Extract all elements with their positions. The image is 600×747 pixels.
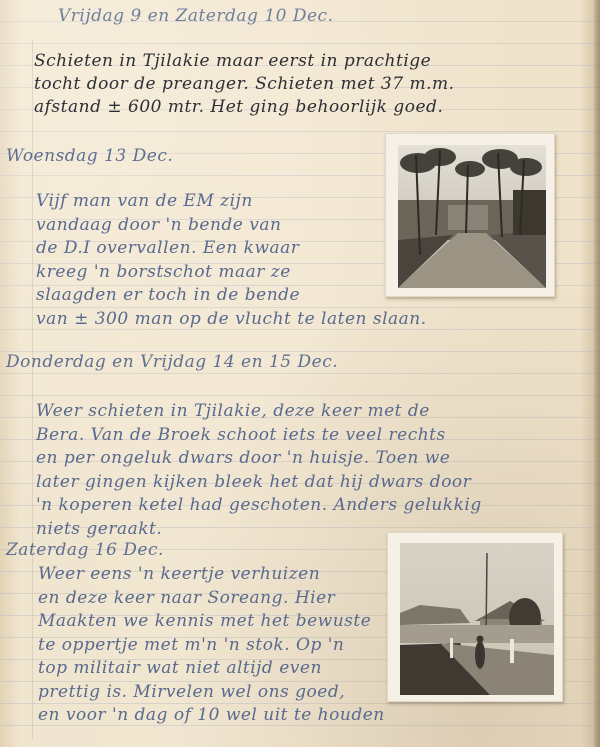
entry-line: Maakten we kennis met het bewuste [38, 610, 385, 634]
entry-line: en voor 'n dag of 10 wel uit te houden [38, 704, 385, 728]
photo-village-street [387, 532, 563, 702]
photo-palm-road [385, 133, 555, 297]
page-edge-shadow [594, 0, 600, 747]
village-street-photo-icon [400, 543, 554, 695]
entry-heading-2: Woensdag 13 Dec. [6, 146, 173, 166]
entry-line: afstand ± 600 mtr. Het ging behoorlijk g… [34, 96, 455, 119]
palm-road-photo-icon [398, 145, 546, 288]
entry-line: 'n koperen ketel had geschoten. Anders g… [36, 494, 482, 518]
entry-body-4: Weer eens 'n keertje verhuizen en deze k… [38, 563, 385, 728]
entry-line: Weer eens 'n keertje verhuizen [38, 563, 385, 587]
entry-line: Weer schieten in Tjilakie, deze keer met… [36, 400, 482, 424]
entry-line: en per ongeluk dwars door 'n huisje. Toe… [36, 447, 482, 471]
entry-body-3: Weer schieten in Tjilakie, deze keer met… [36, 400, 482, 541]
entry-line: Vijf man van de EM zijn [36, 190, 427, 214]
entry-line: prettig is. Mirvelen wel ons goed, [38, 681, 385, 705]
entry-line: top militair wat niet altijd even [38, 657, 385, 681]
entry-line: kreeg 'n borstschot maar ze [36, 261, 427, 285]
entry-line: Schieten in Tjilakie maar eerst in prach… [34, 50, 455, 73]
entry-heading-3: Donderdag en Vrijdag 14 en 15 Dec. [6, 352, 338, 372]
entry-heading-1: Vrijdag 9 en Zaterdag 10 Dec. [58, 6, 333, 26]
entry-line: van ± 300 man op de vlucht te laten slaa… [36, 308, 427, 332]
diary-page: Vrijdag 9 en Zaterdag 10 Dec. Schieten i… [0, 0, 600, 747]
entry-line: later gingen kijken bleek het dat hij dw… [36, 471, 482, 495]
entry-line: de D.I overvallen. Een kwaar [36, 237, 427, 261]
entry-line: slaagden er toch in de bende [36, 284, 427, 308]
entry-heading-4: Zaterdag 16 Dec. [6, 540, 164, 560]
entry-line: en deze keer naar Soreang. Hier [38, 587, 385, 611]
photo-image [400, 543, 554, 695]
photo-image [398, 145, 546, 288]
entry-body-1: Schieten in Tjilakie maar eerst in prach… [34, 50, 455, 119]
entry-line: Bera. Van de Broek schoot iets te veel r… [36, 424, 482, 448]
entry-body-2: Vijf man van de EM zijn vandaag door 'n … [36, 190, 427, 331]
entry-line: tocht door de preanger. Schieten met 37 … [34, 73, 455, 96]
entry-line: vandaag door 'n bende van [36, 214, 427, 238]
page-margin-line [32, 40, 33, 740]
entry-line: te oppertje met m'n 'n stok. Op 'n [38, 634, 385, 658]
